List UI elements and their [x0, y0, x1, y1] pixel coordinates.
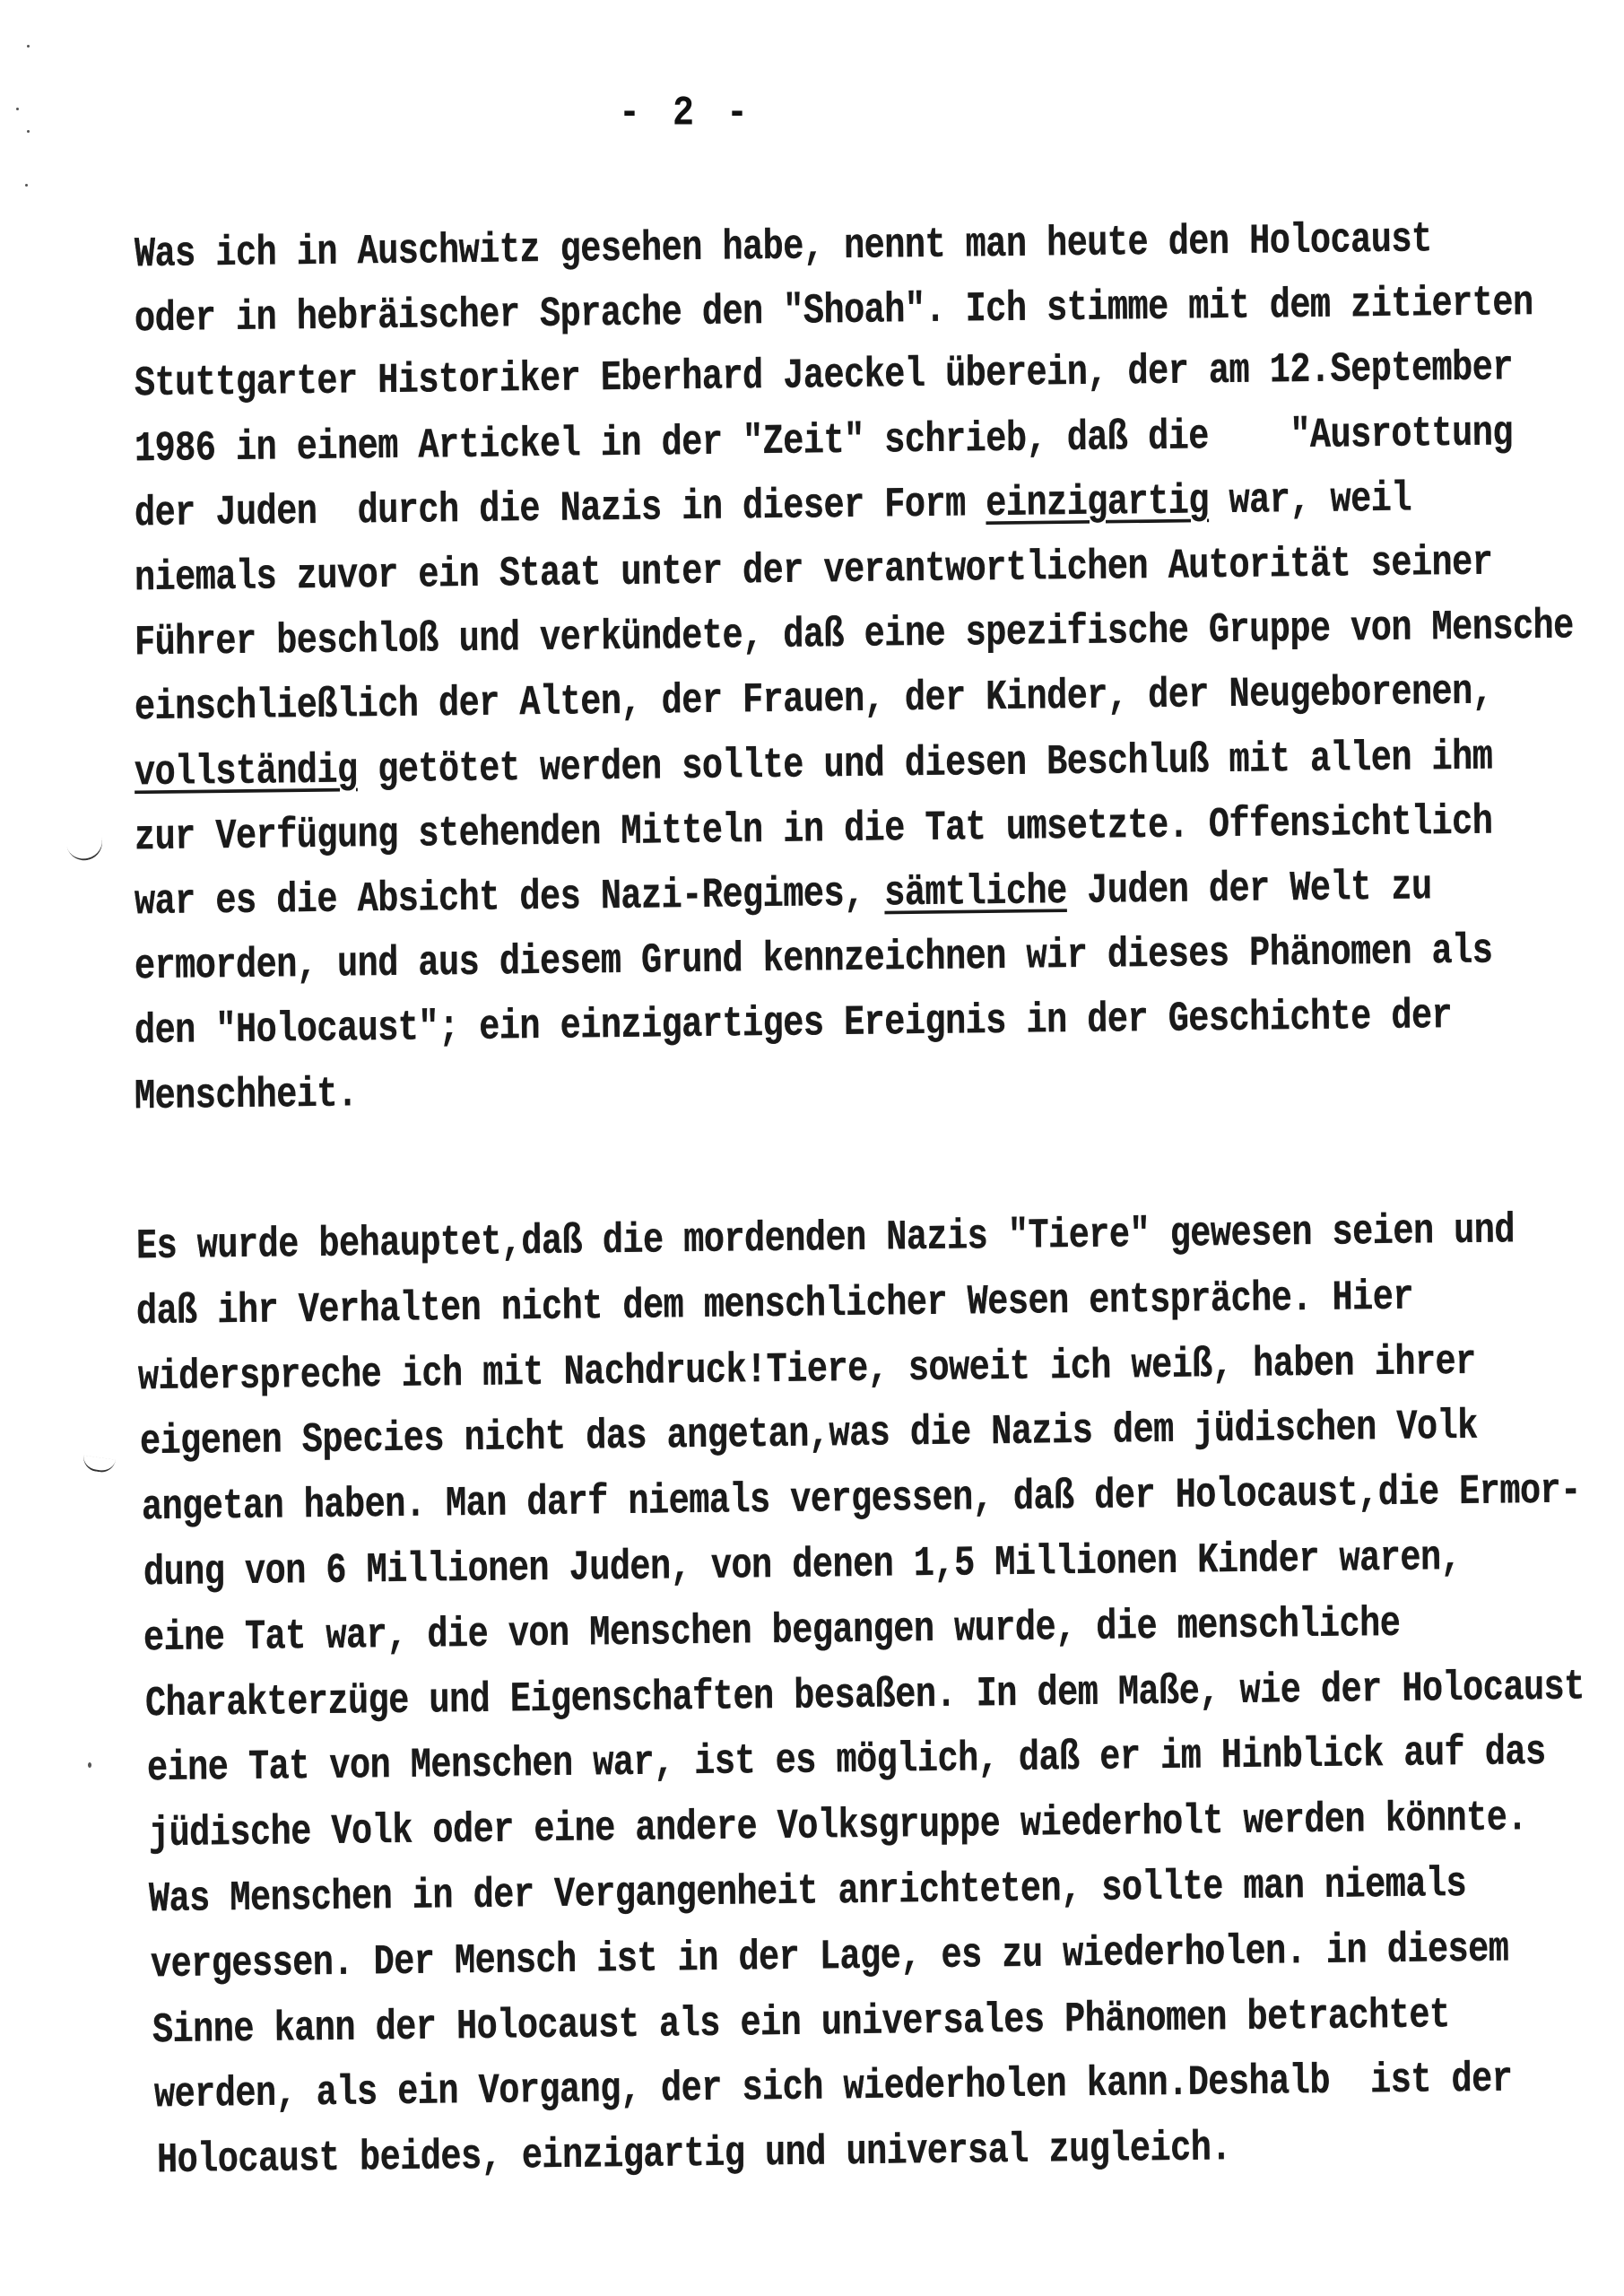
text-line: dung von 6 Millionen Juden, von denen 1,… — [143, 1534, 1462, 1597]
text-line: Was ich in Auschwitz gesehen habe, nennt… — [135, 215, 1432, 279]
text-run: jüdische Volk oder eine andere Volksgrup… — [149, 1794, 1527, 1858]
text-run: oder in hebräischer Sprache den "Shoah".… — [135, 279, 1533, 344]
text-line: Holocaust beides, einzigartig und univer… — [157, 2124, 1231, 2185]
text-run: werden, als ein Vorgang, der sich wieder… — [154, 2056, 1513, 2119]
text-run: war es die Absicht des Nazi-Regimes, — [135, 869, 885, 926]
scan-speck — [27, 45, 30, 48]
text-line: der Juden durch die Nazis in dieser Form… — [135, 474, 1411, 537]
text-run: Was Menschen in der Vergangenheit anrich… — [149, 1860, 1467, 1924]
text-run: vergessen. Der Mensch ist in der Lage, e… — [151, 1925, 1509, 1988]
text-run: daß ihr Verhalten nicht dem menschlicher… — [136, 1273, 1413, 1335]
text-run: Holocaust beides, einzigartig und univer… — [157, 2124, 1231, 2185]
text-run: war, weil — [1209, 474, 1411, 525]
text-run: den "Holocaust"; ein einzigartiges Ereig… — [135, 992, 1453, 1056]
text-line: Stuttgarter Historiker Eberhard Jaeckel … — [135, 344, 1513, 409]
text-run: Juden der Welt zu — [1067, 863, 1432, 915]
text-run: dung von 6 Millionen Juden, von denen 1,… — [143, 1534, 1462, 1597]
text-line: zur Verfügung stehenden Mitteln in die T… — [135, 797, 1493, 861]
scan-speck — [88, 1762, 91, 1768]
text-line: den "Holocaust"; ein einzigartiges Ereig… — [135, 992, 1453, 1056]
text-line: eine Tat war, die von Menschen begangen … — [143, 1600, 1401, 1663]
text-line: eine Tat von Menschen war, ist es möglic… — [147, 1728, 1546, 1793]
text-run: Führer beschloß und verkündete, daß eine… — [135, 603, 1574, 667]
margin-mark — [66, 834, 107, 865]
text-line: widerspreche ich mit Nachdruck!Tiere, so… — [138, 1337, 1476, 1401]
underlined-word: einzigartig — [986, 477, 1209, 528]
text-line: 1986 in einem Artickel in der "Zeit" sch… — [135, 409, 1513, 474]
underlined-word: vollständig — [135, 746, 358, 797]
text-run: Es wurde behauptet,daß die mordenden Naz… — [136, 1206, 1515, 1271]
text-run: ermorden, und aus diesem Grund kennzeich… — [135, 927, 1493, 991]
text-run: eine Tat von Menschen war, ist es möglic… — [147, 1728, 1546, 1793]
text-run: Sinne kann der Holocaust als ein univers… — [152, 1991, 1450, 2055]
text-run: Stuttgarter Historiker Eberhard Jaeckel … — [135, 344, 1513, 409]
text-line: Sinne kann der Holocaust als ein univers… — [152, 1991, 1450, 2055]
text-line: vollständig getötet werden sollte und di… — [135, 733, 1493, 796]
scan-speck — [16, 108, 19, 110]
text-run: Charakterzüge und Eigenschaften besaßen.… — [145, 1663, 1585, 1727]
scan-speck — [27, 130, 30, 133]
text-line: Es wurde behauptet,daß die mordenden Naz… — [136, 1206, 1515, 1271]
text-line: werden, als ein Vorgang, der sich wieder… — [154, 2056, 1513, 2119]
text-run: Was ich in Auschwitz gesehen habe, nennt… — [135, 215, 1432, 279]
text-run: widerspreche ich mit Nachdruck!Tiere, so… — [138, 1337, 1476, 1401]
margin-mark — [82, 1456, 116, 1474]
text-line: ermorden, und aus diesem Grund kennzeich… — [135, 927, 1493, 991]
text-run: zur Verfügung stehenden Mitteln in die T… — [135, 797, 1493, 861]
text-run: Menschheit. — [135, 1070, 358, 1121]
text-line: niemals zuvor ein Staat unter der verant… — [135, 538, 1493, 602]
text-line: Menschheit. — [135, 1070, 358, 1121]
text-run: eine Tat war, die von Menschen begangen … — [143, 1600, 1401, 1663]
document-page: - 2 - Was ich in Auschwitz gesehen habe,… — [0, 0, 1624, 2296]
text-line: jüdische Volk oder eine andere Volksgrup… — [149, 1794, 1527, 1858]
text-line: Charakterzüge und Eigenschaften besaßen.… — [145, 1663, 1585, 1727]
text-line: Führer beschloß und verkündete, daß eine… — [135, 603, 1574, 667]
underlined-word: sämtliche — [884, 867, 1067, 918]
text-line: einschließlich der Alten, der Frauen, de… — [135, 668, 1493, 732]
scan-speck — [25, 184, 28, 187]
text-line: Was Menschen in der Vergangenheit anrich… — [149, 1860, 1467, 1924]
text-line: vergessen. Der Mensch ist in der Lage, e… — [151, 1925, 1509, 1988]
text-line: war es die Absicht des Nazi-Regimes, säm… — [135, 863, 1432, 926]
text-run: 1986 in einem Artickel in der "Zeit" sch… — [135, 409, 1513, 474]
text-run: niemals zuvor ein Staat unter der verant… — [135, 538, 1493, 602]
text-run: eigenen Species nicht das angetan,was di… — [140, 1403, 1478, 1466]
text-run: der Juden durch die Nazis in dieser Form — [135, 480, 986, 538]
text-line: eigenen Species nicht das angetan,was di… — [140, 1403, 1478, 1466]
text-line: daß ihr Verhalten nicht dem menschlicher… — [136, 1273, 1413, 1335]
text-run: einschließlich der Alten, der Frauen, de… — [135, 668, 1493, 732]
text-line: oder in hebräischer Sprache den "Shoah".… — [135, 279, 1533, 344]
text-run: getötet werden sollte und diesen Beschlu… — [357, 733, 1492, 795]
text-line: angetan haben. Man darf niemals vergesse… — [142, 1467, 1581, 1532]
page-number: - 2 - — [619, 91, 753, 138]
text-run: angetan haben. Man darf niemals vergesse… — [142, 1467, 1581, 1532]
